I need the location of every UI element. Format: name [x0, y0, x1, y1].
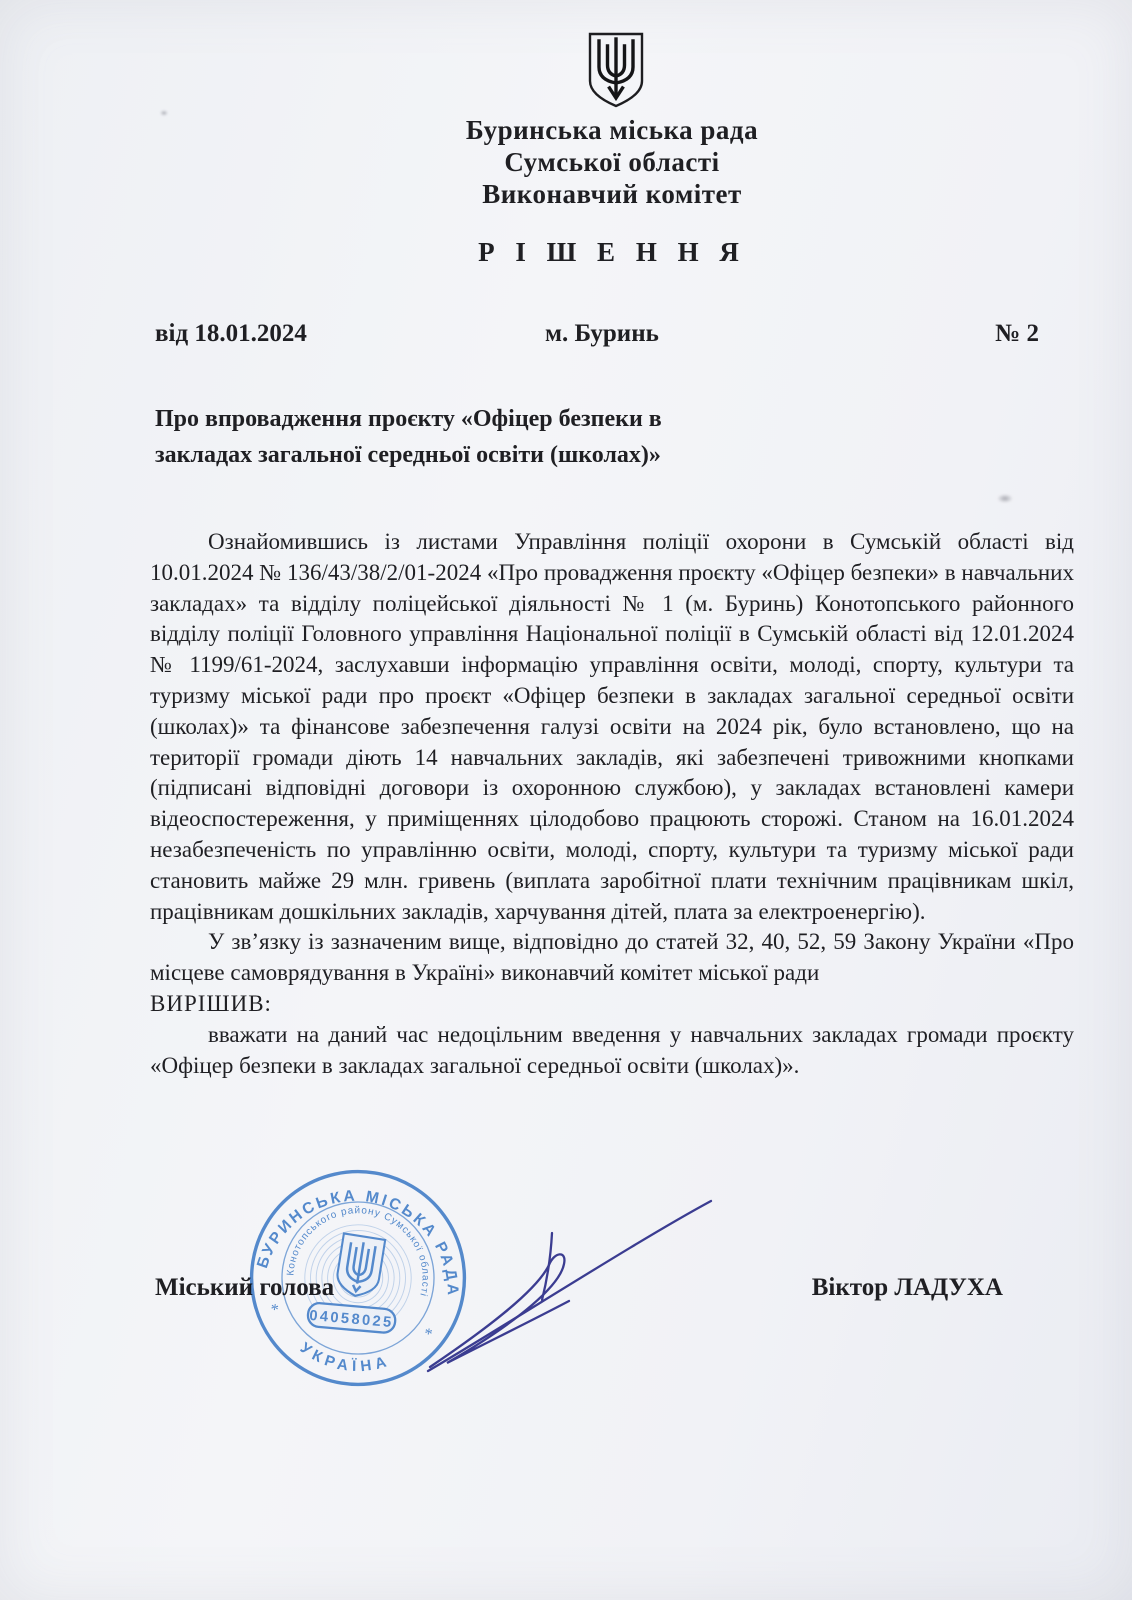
stamp-country-text: УКРАЇНА [295, 1338, 395, 1381]
scan-smudge [997, 494, 1013, 503]
org-name-line: Буринська міська рада [150, 114, 1074, 146]
subject-line-1: Про впровадження проєкту «Офіцер безпеки… [155, 401, 915, 437]
handwritten-signature-icon [400, 1170, 730, 1385]
resolved-label: ВИРІШИВ: [150, 989, 1074, 1020]
scan-smudge [160, 110, 168, 116]
doc-number: № 2 [995, 320, 1039, 348]
scanned-document-page: Буринська міська рада Сумської області В… [0, 0, 1132, 1600]
trident-emblem-icon [584, 30, 648, 112]
svg-text:УКРАЇНА: УКРАЇНА [295, 1338, 395, 1381]
org-committee-line: Виконавчий комітет [150, 178, 1074, 210]
doc-place: м. Буринь [545, 320, 659, 348]
body-paragraph-2: У зв’язку із зазначеним вище, відповідно… [150, 927, 1074, 989]
signer-name: Віктор ЛАДУХА [812, 1274, 1003, 1302]
org-region-line: Сумської області [150, 146, 1074, 178]
meta-row: від 18.01.2024 м. Буринь № 2 [155, 320, 1067, 352]
document-type-title: Р І Ш Е Н Н Я [150, 237, 1074, 268]
doc-body: Ознайомившись із листами Управління полі… [150, 527, 1074, 1081]
subject-line-2: закладах загальної середньої освіти (шко… [155, 437, 915, 473]
stamp-code-banner: 04058025 [307, 1302, 396, 1333]
body-paragraph-1: Ознайомившись із листами Управління полі… [150, 527, 1074, 927]
stamp-star-left: * [269, 1301, 280, 1319]
body-paragraph-3: вважати на даний час недоцільним введенн… [150, 1020, 1074, 1082]
letterhead: Буринська міська рада Сумської області В… [150, 114, 1074, 210]
doc-subject: Про впровадження проєкту «Офіцер безпеки… [155, 401, 915, 473]
doc-date: від 18.01.2024 [155, 320, 307, 348]
